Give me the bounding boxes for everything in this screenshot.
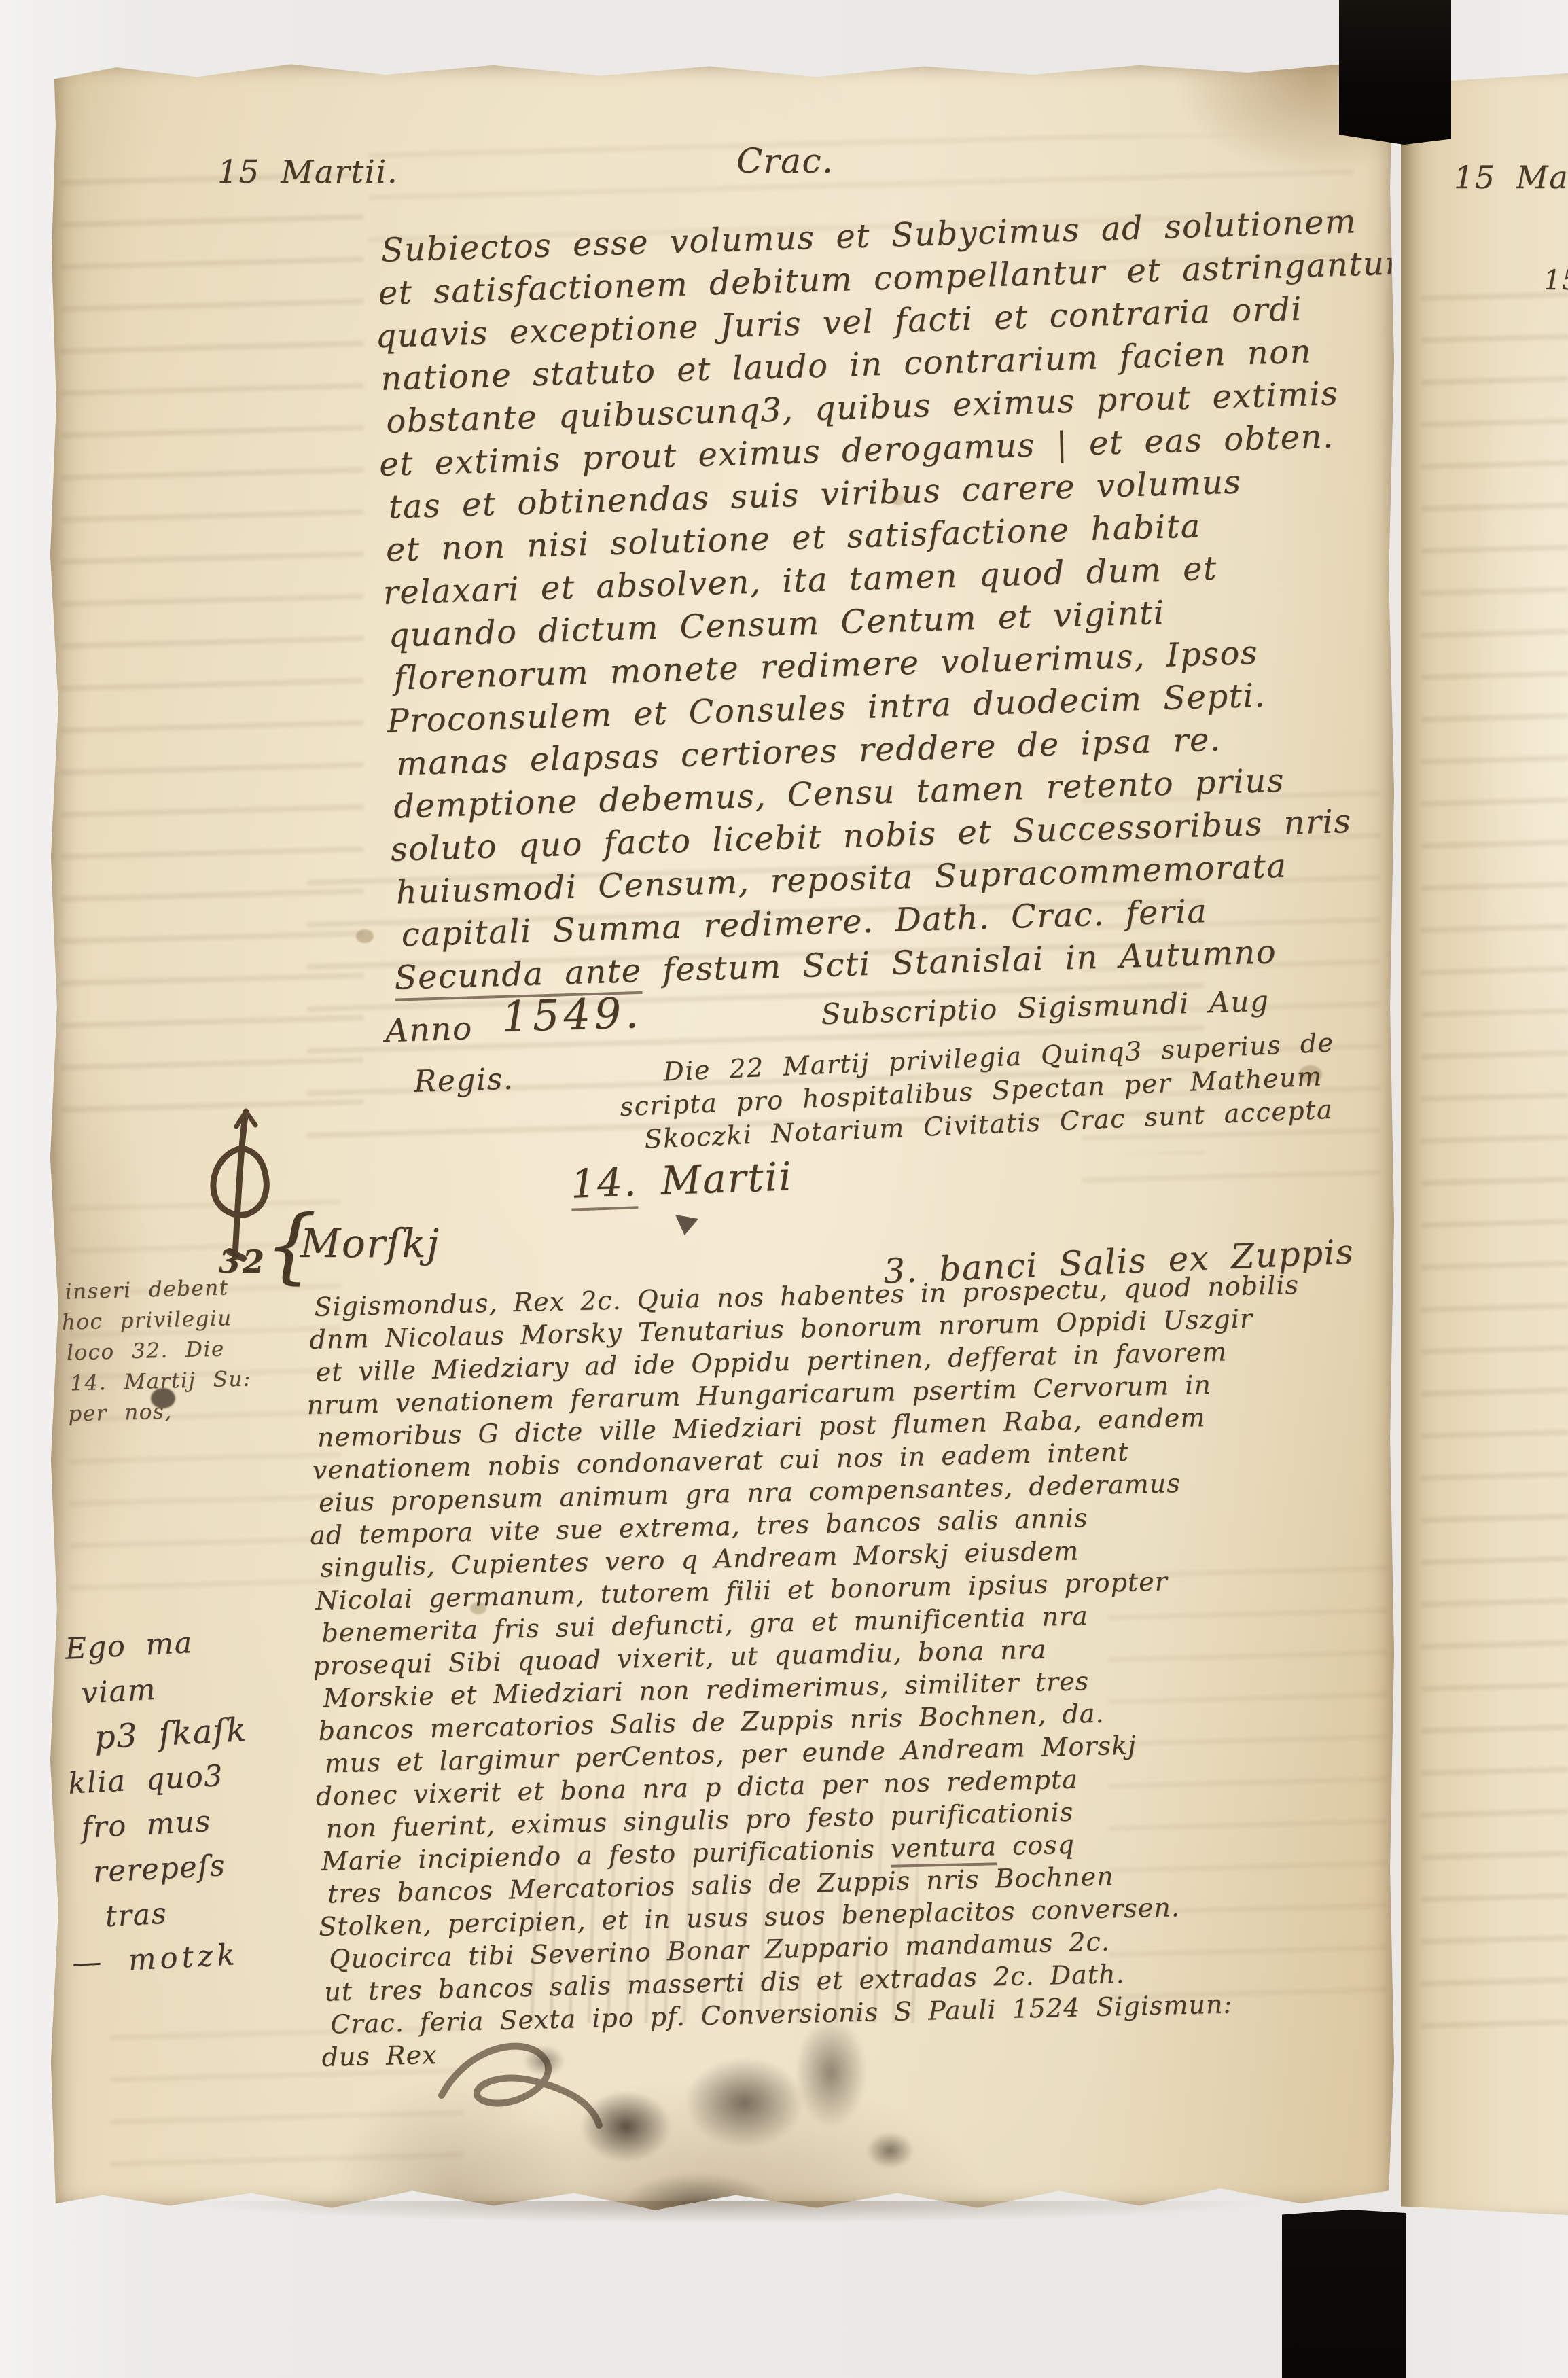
text-line: hoc privilegiu: [61, 1302, 250, 1338]
page-header-place: Crac.: [736, 141, 834, 181]
anno-label: Anno: [385, 1007, 474, 1052]
stain-spot: [356, 929, 374, 943]
facing-page-header: 15 Mar: [1454, 159, 1568, 196]
text-span: cosq: [996, 1830, 1075, 1862]
anno-year: 1549.: [501, 991, 643, 1038]
entry-15-martii-closing: Anno 1549. Subscriptio Sigismundi Aug Re…: [399, 978, 1436, 1158]
section-heading-14-martii: 14. Martii: [570, 1153, 794, 1207]
section-heading-month: Martii: [637, 1153, 794, 1205]
bookmark-ribbon-bottom: [1282, 2210, 1406, 2378]
margin-note-instruction: inseri debenthoc privilegiuloco 32. Die1…: [65, 1272, 252, 1430]
text-line: klia quo3: [67, 1752, 251, 1807]
bookmark-ribbon-top: [1339, 0, 1451, 145]
text-line: tras: [104, 1887, 257, 1940]
regis-label: Regis.: [413, 1058, 514, 1103]
section-heading-number: 14.: [570, 1158, 639, 1211]
text-line: rerepeſs: [92, 1842, 255, 1895]
facing-page-fragment: 15: [1544, 265, 1568, 296]
text-line: — motzk: [71, 1932, 260, 1986]
entry-15-martii-text: Subiectos esse volumus et Subycimus ad s…: [376, 199, 1436, 1158]
page-shadow: [41, 2201, 1406, 2229]
text-line: inseri debent: [65, 1272, 249, 1307]
manuscript-page: 15 Martii. Crac. Subiectos esse volumus …: [49, 60, 1395, 2212]
ink-spot: [675, 1215, 698, 1235]
manuscript-scan: 15 Mar 15 15 Martii. Crac. Subiectos ess…: [0, 0, 1568, 2378]
facing-page: 15 Mar 15: [1401, 73, 1568, 2215]
bleedthrough-texture: [1421, 277, 1568, 2044]
text-line: 14. Martij Su:: [70, 1364, 252, 1399]
text-line: p3 ſkaſk: [93, 1707, 248, 1760]
text-line: loco 32. Die: [66, 1333, 251, 1368]
text-line: viam: [80, 1663, 246, 1716]
page-header-date: 15 Martii.: [217, 154, 398, 191]
subscription-note: Subscriptio Sigismundi Aug: [821, 980, 1270, 1036]
surname-morski: Morſkj: [300, 1220, 440, 1266]
text-line: per nos,: [68, 1394, 253, 1430]
margin-note-scrawl: Ego maviamp3 ſkaſkklia quo3fro musrerepe…: [54, 1618, 260, 1986]
entry-15-martii-lines: Subiectos esse volumus et Subycimus ad s…: [376, 199, 1431, 1000]
